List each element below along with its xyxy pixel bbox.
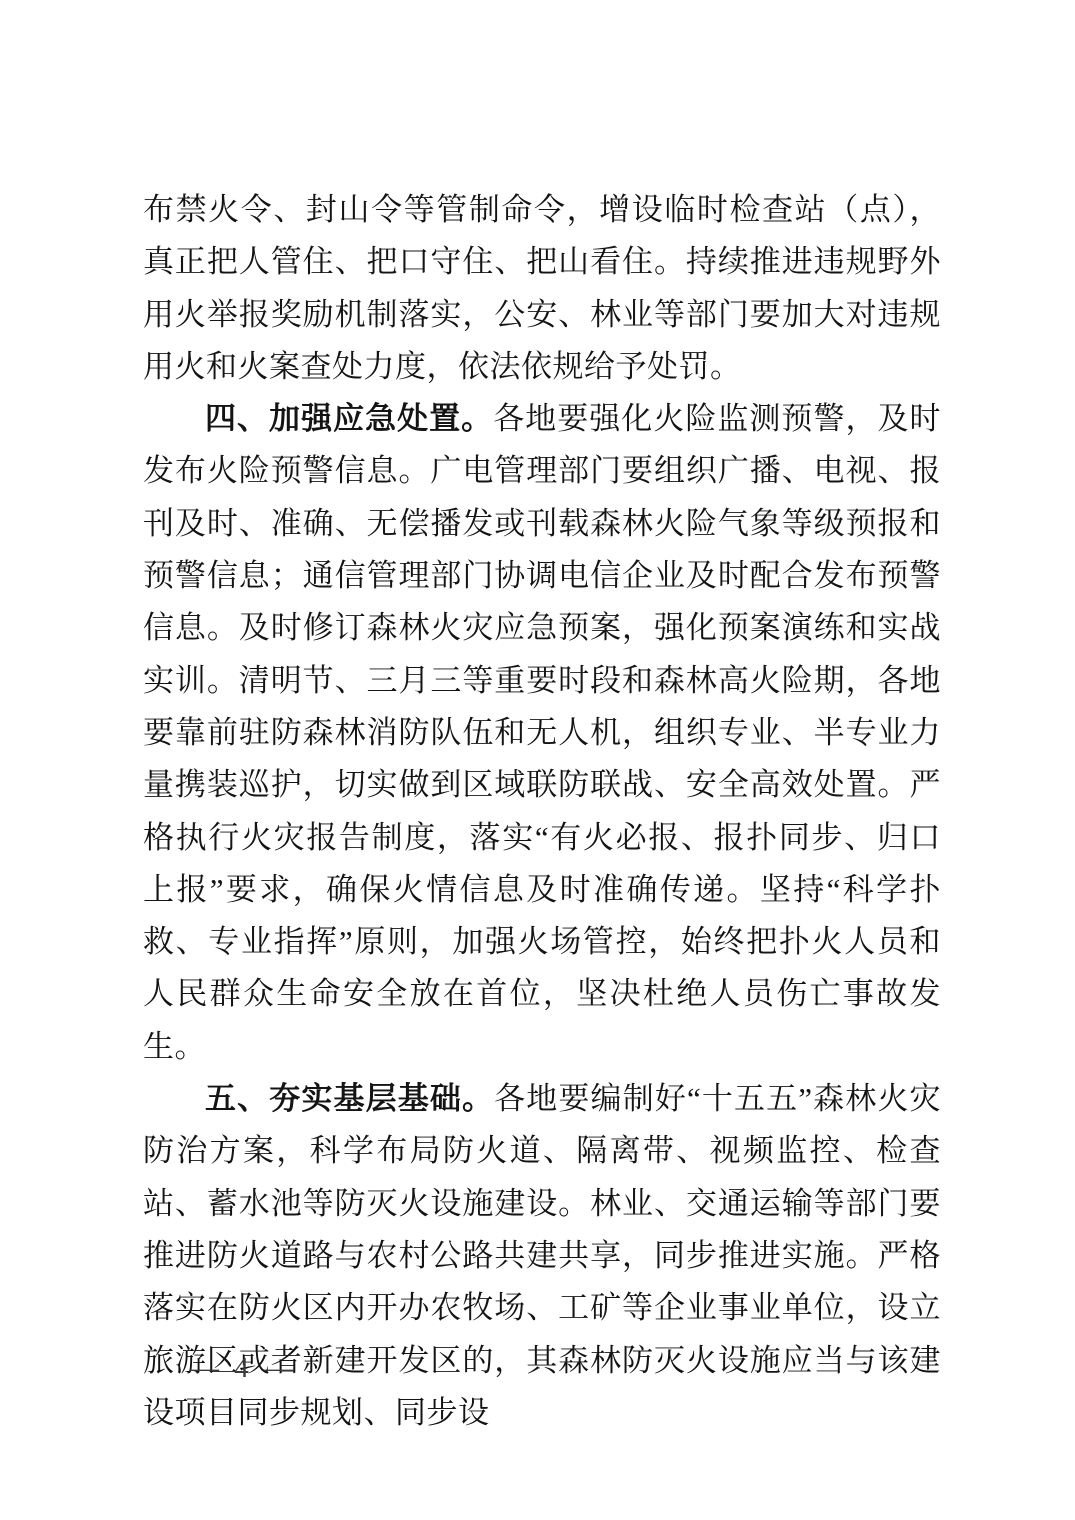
document-page: 布禁火令、封山令等管制命令，增设临时检查站（点），真正把人管住、把口守住、把山看… [0, 0, 1075, 1520]
paragraph-text: 布禁火令、封山令等管制命令，增设临时检查站（点），真正把人管住、把口守住、把山看… [143, 192, 941, 384]
page-number: — 4 — [190, 1352, 297, 1385]
document-body: 布禁火令、封山令等管制命令，增设临时检查站（点），真正把人管住、把口守住、把山看… [143, 184, 941, 1439]
paragraph-continuation: 布禁火令、封山令等管制命令，增设临时检查站（点），真正把人管住、把口守住、把山看… [143, 184, 941, 393]
section-4-heading: 四、加强应急处置。 [205, 401, 493, 436]
paragraph-section-4: 四、加强应急处置。各地要强化火险监测预警，及时发布火险预警信息。广电管理部门要组… [143, 393, 941, 1073]
section-5-heading: 五、夯实基层基础。 [205, 1081, 494, 1116]
paragraph-text: 各地要强化火险监测预警，及时发布火险预警信息。广电管理部门要组织广播、电视、报刊… [143, 401, 941, 1064]
